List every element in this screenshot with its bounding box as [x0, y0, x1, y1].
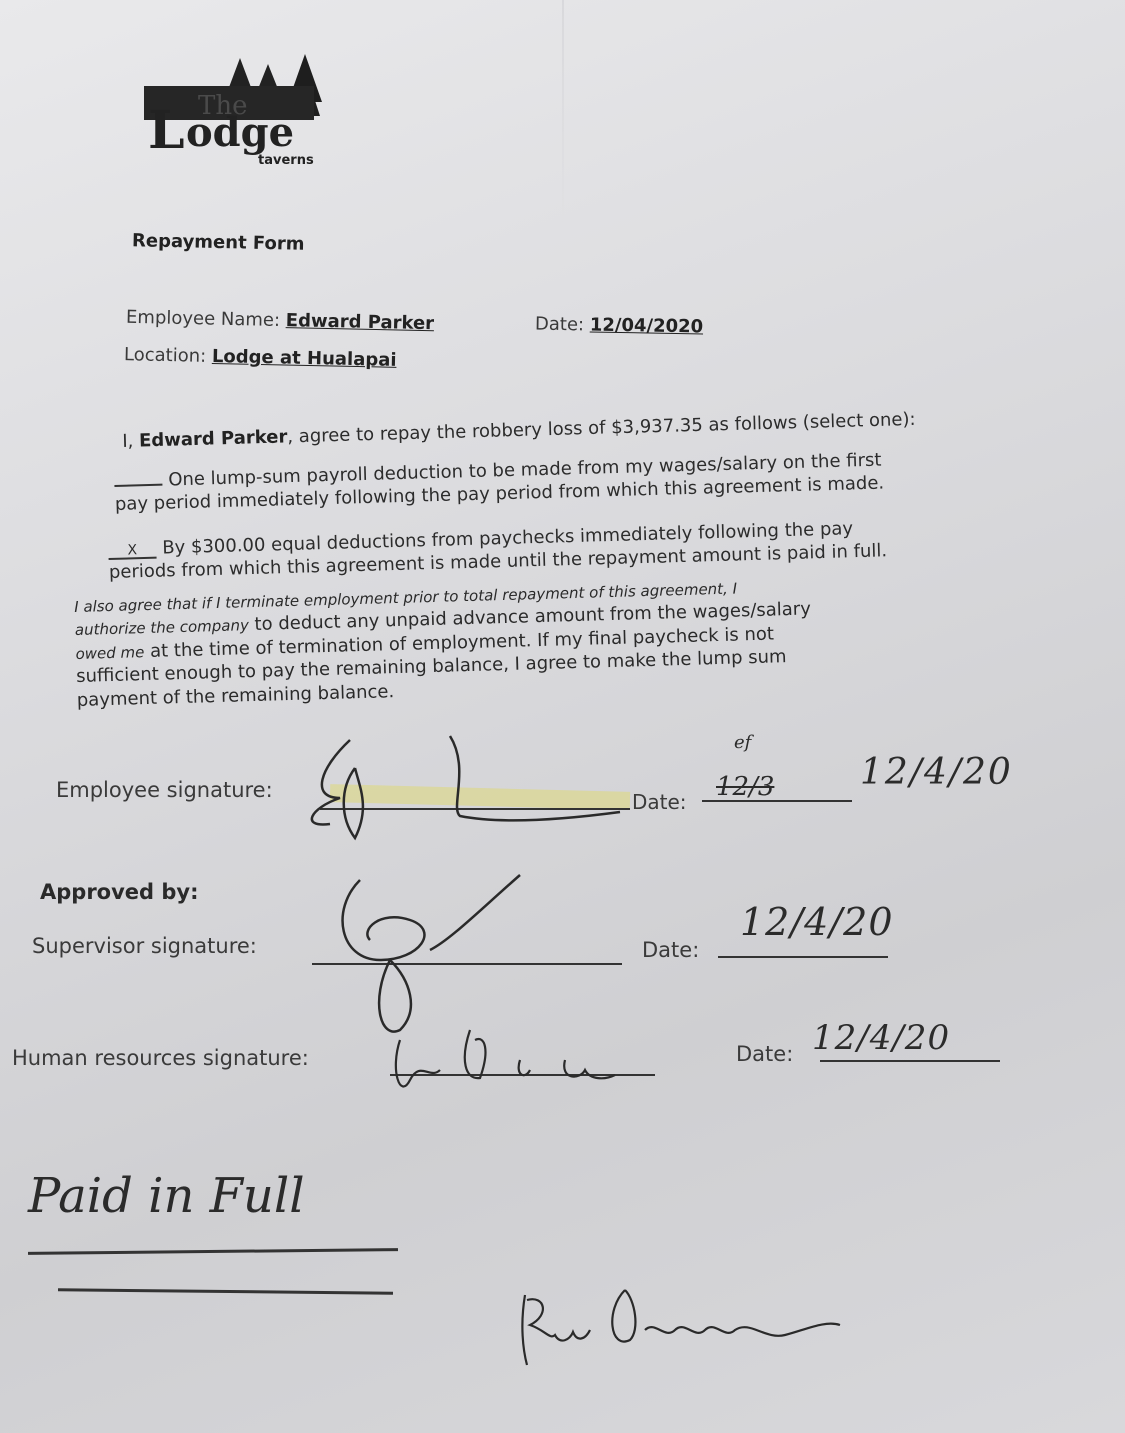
employee-name-value: Edward Parker [286, 310, 435, 334]
agreement-statement: I, Edward Parker, agree to repay the rob… [122, 408, 916, 454]
paid-confirmation-signature [515, 1280, 845, 1370]
supervisor-date-handwritten: 12/4/20 [740, 900, 894, 944]
struck-date: 12/3 [716, 772, 774, 802]
hr-date-line [820, 1060, 1000, 1062]
correction-initials: ef [734, 732, 751, 753]
location-value: Lodge at Hualapai [212, 346, 397, 371]
svg-text:odge: odge [186, 109, 294, 156]
hr-signature [380, 1020, 640, 1110]
termination-terms: I also agree that if I terminate employm… [74, 577, 813, 712]
hr-signature-label: Human resources signature: [12, 1046, 309, 1070]
approved-by-heading: Approved by: [40, 880, 199, 904]
form-title: Repayment Form [132, 230, 305, 255]
hr-date-label: Date: [736, 1042, 793, 1066]
tree-logo-icon: The L odge taverns [140, 50, 370, 170]
agreement-text: , agree to repay the robbery loss of $3,… [287, 409, 916, 448]
repayment-option-lump-sum: One lump-sum payroll deduction to be mad… [114, 449, 884, 517]
agreement-prefix: I, [122, 431, 139, 452]
paper-fold [562, 0, 564, 230]
employee-date-label: Date: [632, 790, 687, 814]
svg-text:taverns: taverns [258, 153, 314, 168]
paid-in-full-note: Paid in Full [28, 1168, 305, 1224]
employee-date-handwritten: 12/4/20 [860, 752, 1013, 793]
svg-text:L: L [148, 100, 185, 161]
paid-note-underline [58, 1288, 393, 1295]
supervisor-date-label: Date: [642, 938, 699, 962]
employee-signature [300, 728, 640, 848]
agreement-name: Edward Parker [139, 426, 288, 451]
terms-line: owed me [75, 643, 144, 663]
form-date-label: Date: [535, 314, 584, 336]
supervisor-signature-label: Supervisor signature: [32, 934, 257, 958]
lodge-logo: The L odge taverns [140, 50, 370, 170]
form-date-field: Date: 12/04/2020 [535, 314, 704, 338]
supervisor-date-line [718, 956, 888, 958]
employee-name-label: Employee Name: [126, 307, 280, 331]
form-date-value: 12/04/2020 [590, 314, 704, 337]
employee-name-field: Employee Name: Edward Parker [126, 307, 434, 334]
location-field: Location: Lodge at Hualapai [124, 344, 397, 371]
hr-date-handwritten: 12/4/20 [812, 1018, 950, 1058]
terms-line: authorize the company [75, 616, 249, 639]
employee-signature-label: Employee signature: [56, 778, 273, 802]
repayment-option-installments: XBy $300.00 equal deductions from payche… [108, 516, 887, 584]
location-label: Location: [124, 344, 207, 367]
option-checkbox-installments: X [108, 543, 156, 560]
paid-note-underline [28, 1248, 398, 1255]
option-checkbox-lump-sum [114, 484, 162, 487]
